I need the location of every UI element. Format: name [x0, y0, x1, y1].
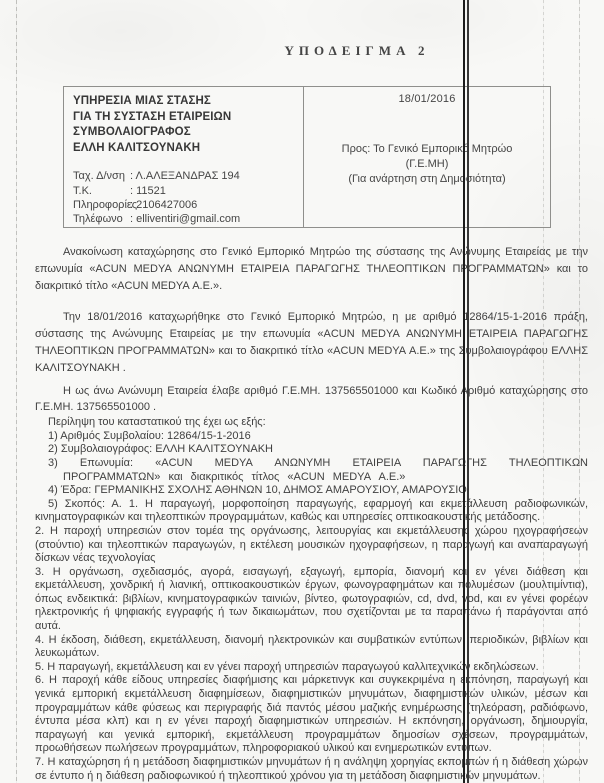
page-title: ΥΠΟΔΕΙΓΜΑ 2: [252, 43, 462, 59]
body-paragraph-item-company-name: 3) Επωνυμία: «ACUN MEDYA ΑΝΩΝΥΜΗ ΕΤΑΙΡΕΙ…: [35, 457, 588, 484]
binding-crease-line-inner: [467, 0, 469, 783]
scan-edge-line-left: [16, 0, 17, 783]
body-paragraph-item-purpose-1: 5) Σκοπός: Α. 1. Η παραγωγή, μορφοποίηση…: [35, 498, 588, 525]
body-paragraph-purpose-2: 2. Η παροχή υπηρεσιών στον τομέα της οργ…: [35, 525, 588, 566]
contact-value: : elliventiri@gmail.com: [130, 212, 297, 226]
date-stamp: 18/01/2016: [304, 93, 550, 105]
contact-row-postcode: Τ.Κ. : 11521: [73, 184, 297, 198]
scanned-document-page: ΥΠΟΔΕΙΓΜΑ 2 ΥΠΗΡΕΣΙΑ ΜΙΑΣ ΣΤΑΣΗΣ ΓΙΑ ΤΗ …: [0, 0, 604, 783]
body-paragraph-summary-intro: Περίληψη του καταστατικού της έχει ως εξ…: [35, 416, 588, 430]
contact-row-phone: Τηλέφωνο : elliventiri@gmail.com: [73, 212, 297, 226]
body-paragraph-announcement: Ανακοίνωση καταχώρησης στο Γενικό Εμπορι…: [35, 244, 588, 294]
header-left-cell: ΥΠΗΡΕΣΙΑ ΜΙΑΣ ΣΤΑΣΗΣ ΓΙΑ ΤΗ ΣΥΣΤΑΣΗ ΕΤΑΙ…: [64, 87, 303, 227]
contact-label: Τ.Κ.: [73, 184, 130, 198]
header-right-cell: 18/01/2016 Προς: Το Γενικό Εμπορικό Μητρ…: [303, 87, 550, 227]
body-paragraph-purpose-3: 3. Η οργάνωση, σχεδιασμός, αγορά, εισαγω…: [35, 566, 588, 634]
office-line: ΕΛΛΗ ΚΑΛΙΤΣΟΥΝΑΚΗ: [73, 141, 297, 157]
body-paragraph-registration: Την 18/01/2016 καταχωρήθηκε στο Γενικό Ε…: [35, 309, 588, 376]
body-paragraph-gemi-number: Η ως άνω Ανώνυμη Εταιρεία έλαβε αριθμό Γ…: [35, 383, 588, 417]
contact-row-address: Ταχ. Δ/νση : Λ.ΑΛΕΞΑΝΔΡΑΣ 194: [73, 169, 297, 183]
issuing-office-block: ΥΠΗΡΕΣΙΑ ΜΙΑΣ ΣΤΑΣΗΣ ΓΙΑ ΤΗ ΣΥΣΤΑΣΗ ΕΤΑΙ…: [73, 94, 297, 156]
office-line: ΥΠΗΡΕΣΙΑ ΜΙΑΣ ΣΤΑΣΗΣ: [73, 94, 297, 110]
recipient-line: Προς: Το Γενικό Εμπορικό Μητρώο: [304, 142, 550, 157]
recipient-block: Προς: Το Γενικό Εμπορικό Μητρώο (Γ.Ε.ΜΗ)…: [304, 142, 550, 187]
scan-edge-line-right-outer: [579, 0, 580, 783]
contact-value: : 2106427006: [130, 198, 297, 212]
office-line: ΓΙΑ ΤΗ ΣΥΣΤΑΣΗ ΕΤΑΙΡΕΙΩΝ: [73, 110, 297, 126]
document-body: Ανακοίνωση καταχώρησης στο Γενικό Εμπορι…: [35, 244, 588, 783]
contact-row-info: Πληροφορίες : 2106427006: [73, 198, 297, 212]
body-paragraph-item-notary: 2) Συμβολαιογράφος: ΕΛΛΗ ΚΑΛΙΤΣΟΥΝΑΚΗ: [35, 443, 588, 457]
body-paragraph-purpose-6: 6. Η παροχή κάθε είδους υπηρεσίες διαφήμ…: [35, 674, 588, 756]
scan-edge-line-right-inner: [543, 0, 544, 783]
body-paragraph-item-contract-number: 1) Αριθμός Συμβολαίου: 12864/15-1-2016: [35, 430, 588, 444]
body-paragraph-purpose-4: 4. Η έκδοση, διάθεση, εκμετάλλευση, διαν…: [35, 634, 588, 661]
header-box: ΥΠΗΡΕΣΙΑ ΜΙΑΣ ΣΤΑΣΗΣ ΓΙΑ ΤΗ ΣΥΣΤΑΣΗ ΕΤΑΙ…: [63, 86, 551, 228]
recipient-line: (Γ.Ε.ΜΗ): [304, 157, 550, 172]
recipient-line: (Για ανάρτηση στη Δημοσιότητα): [304, 172, 550, 187]
contact-info-block: Ταχ. Δ/νση : Λ.ΑΛΕΞΑΝΔΡΑΣ 194 Τ.Κ. : 115…: [73, 169, 297, 226]
body-paragraph-item-seat: 4) Έδρα: ΓΕΡΜΑΝΙΚΗΣ ΣΧΟΛΗΣ ΑΘΗΝΩΝ 10, ΔΗ…: [35, 484, 588, 498]
office-line: ΣΥΜΒΟΛΑΙΟΓΡΑΦΟΣ: [73, 125, 297, 141]
body-paragraph-purpose-7: 7. Η καταχώρηση ή η μετάδοση διαφημιστικ…: [35, 756, 588, 783]
body-paragraph-purpose-5: 5. Η παραγωγή, εκμετάλλευση και εν γένει…: [35, 661, 588, 675]
binding-crease-line-outer: [463, 0, 465, 783]
contact-label: Πληροφορίες: [73, 198, 130, 212]
contact-label: Ταχ. Δ/νση: [73, 169, 130, 183]
contact-value: : Λ.ΑΛΕΞΑΝΔΡΑΣ 194: [130, 169, 297, 183]
contact-value: : 11521: [130, 184, 297, 198]
contact-label: Τηλέφωνο: [73, 212, 130, 226]
